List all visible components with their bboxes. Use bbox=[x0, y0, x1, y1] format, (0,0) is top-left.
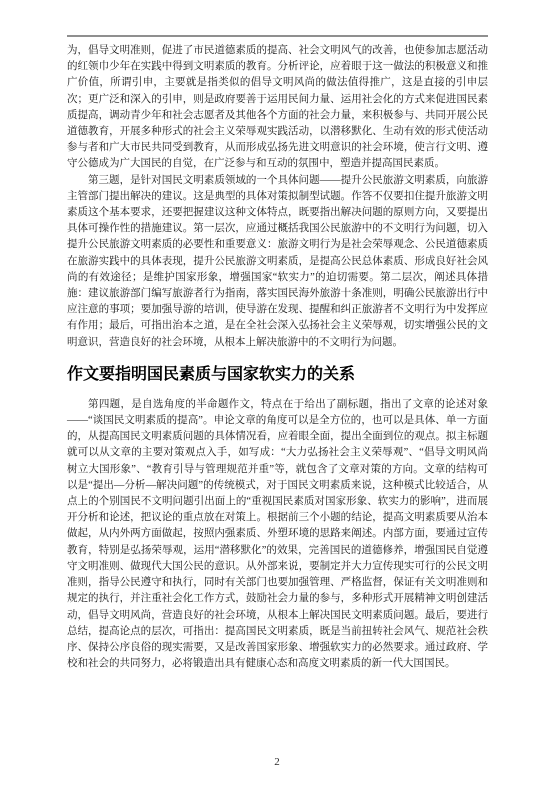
header-rule bbox=[67, 35, 488, 37]
page-content: 为，倡导文明准则，促进了市民道德素质的提高、社会文明风气的改善，也使参加志愿活动… bbox=[67, 43, 488, 672]
document-page: 为，倡导文明准则，促进了市民道德素质的提高、社会文明风气的改善，也使参加志愿活动… bbox=[0, 0, 554, 800]
paragraph-continuation: 为，倡导文明准则，促进了市民道德素质的提高、社会文明风气的改善，也使参加志愿活动… bbox=[67, 43, 488, 173]
page-number: 2 bbox=[0, 756, 554, 768]
paragraph-question-three: 第三题，是针对国民文明素质领域的一个具体问题——提升公民旅游文明素质，向旅游主管… bbox=[67, 173, 488, 351]
section-heading: 作文要指明国民素质与国家软实力的关系 bbox=[67, 365, 488, 385]
paragraph-question-four: 第四题，是自选角度的半命题作文，特点在于给出了副标题，指出了文章的论述对象——“… bbox=[67, 397, 488, 672]
